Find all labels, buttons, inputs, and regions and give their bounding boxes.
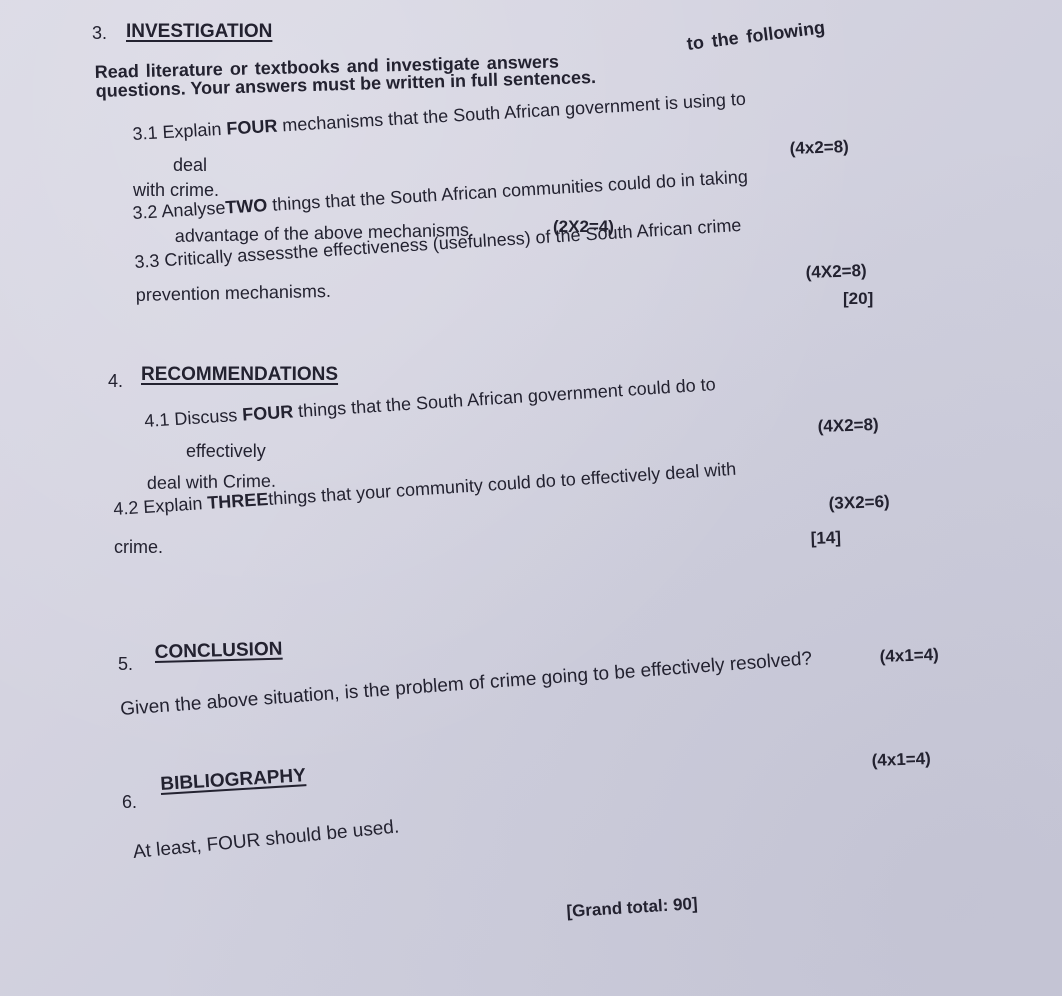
question-3-1: 3.1 Explain FOUR mechanisms that the Sou… (132, 90, 746, 143)
question-4-1-marks: (4X2=8) (817, 416, 879, 435)
question-3-1-post: mechanisms that the South African govern… (277, 89, 747, 136)
question-4-1-post: things that the South African government… (293, 374, 717, 421)
question-4-2-bold: THREE (207, 489, 269, 513)
question-3-2: 3.2 AnalyseTWO things that the South Afr… (132, 167, 748, 222)
section-6-title: BIBLIOGRAPHY (160, 766, 307, 794)
section-5-number: 5. (118, 655, 133, 673)
section-6-marks: (4x1=4) (871, 750, 931, 769)
section-5-marks: (4x1=4) (879, 646, 939, 665)
section-4-title: RECOMMENDATIONS (141, 365, 338, 384)
question-4-1-bold: FOUR (242, 401, 294, 424)
question-4-2-pre: Explain (143, 493, 208, 517)
grand-total: [Grand total: 90] (566, 895, 698, 920)
question-3-2-pre: Analyse (161, 198, 226, 222)
question-3-1-pre: Explain (162, 119, 227, 143)
question-4-2-marks: (3X2=6) (828, 493, 890, 512)
question-3-3-marks: (4X2=8) (805, 262, 867, 281)
question-3-1-cont2: with crime. (133, 181, 219, 199)
section-3-intro-line1-end: to the following (686, 18, 826, 53)
question-4-2-number: 4.2 (113, 497, 139, 519)
question-3-1-bold: FOUR (226, 116, 278, 139)
question-3-1-number: 3.1 (132, 123, 158, 144)
question-4-2-post: things that your community could do to e… (268, 459, 737, 509)
section-4-number: 4. (108, 372, 123, 390)
question-3-2-number: 3.2 (132, 202, 158, 223)
question-3-3-cont1: prevention mechanisms. (136, 282, 331, 304)
section-4-total: [14] (810, 529, 841, 547)
section-3-number: 3. (92, 24, 107, 42)
section-3-total: [20] (843, 290, 873, 307)
question-4-1-number: 4.1 (144, 409, 170, 431)
question-4-1-cont1: effectively (186, 442, 266, 460)
section-6-text: At least, FOUR should be used. (132, 817, 400, 862)
question-3-2-bold: TWO (225, 195, 268, 217)
question-3-1-cont1: deal (173, 156, 207, 174)
section-6-number: 6. (122, 793, 137, 811)
section-3-title: INVESTIGATION (126, 22, 272, 41)
question-3-1-marks: (4x2=8) (789, 138, 849, 157)
section-5-title: CONCLUSION (155, 640, 283, 662)
question-3-3-number: 3.3 (134, 251, 160, 272)
question-4-1-pre: Discuss (174, 405, 243, 429)
question-3-2-post: things that the South African communitie… (267, 166, 749, 215)
question-4-2-cont1: crime. (114, 538, 163, 556)
